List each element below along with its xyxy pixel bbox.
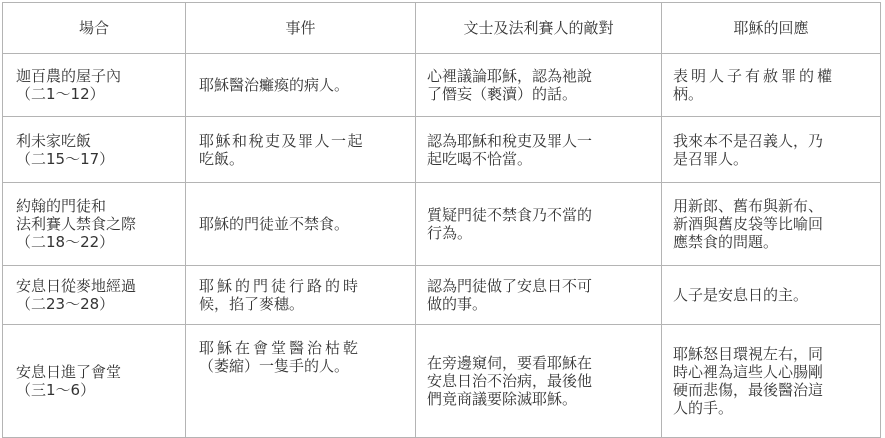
cell-event: 耶穌在會堂醫治枯乾 （萎縮）一隻手的人。 xyxy=(186,325,416,425)
cell-line: 行為。 xyxy=(427,224,657,242)
table-row: 迦百農的屋子內 （二1～12） 耶穌醫治癱瘓的病人。 心裡議論耶穌，認為祂說 了… xyxy=(3,54,881,117)
cell-response: 用新郎、舊布與新布、 新酒與舊皮袋等比喻回 應禁食的問題。 xyxy=(662,183,881,266)
cell-opposition: 質疑門徒不禁食乃不當的 行為。 xyxy=(416,183,662,266)
cell-line: 人子是安息日的主。 xyxy=(673,286,874,304)
cell-line: 人的手。 xyxy=(673,399,874,417)
table-header-row: 場合 事件 文士及法利賽人的敵對 耶穌的回應 xyxy=(3,3,881,54)
cell-line: 新酒與舊皮袋等比喻回 xyxy=(673,215,874,233)
cell-line: （二15～17） xyxy=(16,150,179,168)
cell-response: 表明人子有赦罪的權 柄。 xyxy=(662,54,881,117)
cell-event: 耶穌和稅吏及罪人一起 吃飯。 xyxy=(186,117,416,183)
table-row: 約翰的門徒和 法利賽人禁食之際 （二18～22） 耶穌的門徒並不禁食。 質疑門徒… xyxy=(3,183,881,266)
header-opposition: 文士及法利賽人的敵對 xyxy=(416,3,662,54)
cell-occasion: 安息日進了會堂 （三1～6） xyxy=(3,325,186,425)
cell-line: 我來本不是召義人，乃 xyxy=(673,132,874,150)
cell-opposition: 認為耶穌和稅吏及罪人一 起吃喝不恰當。 xyxy=(416,117,662,183)
cell-line: 吃飯。 xyxy=(199,150,409,168)
cell-line: 約翰的門徒和 xyxy=(16,197,179,215)
cell-line: 候，掐了麥穗。 xyxy=(199,295,409,313)
cell-line: 柄。 xyxy=(673,85,874,103)
cell-line: 耶穌在會堂醫治枯乾 xyxy=(199,339,409,357)
cell-line: 法利賽人禁食之際 xyxy=(16,215,179,233)
cell-line: 認為門徒做了安息日不可 xyxy=(427,277,657,295)
cell-occasion: 迦百農的屋子內 （二1～12） xyxy=(3,54,186,117)
cell-line: 是召罪人。 xyxy=(673,150,874,168)
cell-line: 迦百農的屋子內 xyxy=(16,67,179,85)
cell-line: 耶穌的門徒行路的時 xyxy=(199,277,409,295)
cell-line: （二23～28） xyxy=(16,295,179,313)
cell-line: 表明人子有赦罪的權 xyxy=(673,67,874,85)
cell-line: 時心裡為這些人心腸剛 xyxy=(673,363,874,381)
cell-event: 耶穌的門徒行路的時 候，掐了麥穗。 xyxy=(186,266,416,325)
cell-response: 人子是安息日的主。 xyxy=(662,266,881,325)
cell-line: 質疑門徒不禁食乃不當的 xyxy=(427,206,657,224)
cell-line: （萎縮）一隻手的人。 xyxy=(199,357,409,375)
cell-line: 耶穌和稅吏及罪人一起 xyxy=(199,132,409,150)
cell-line: 硬而悲傷，最後醫治這 xyxy=(673,381,874,399)
cell-occasion: 利未家吃飯 （二15～17） xyxy=(3,117,186,183)
table-row: 利未家吃飯 （二15～17） 耶穌和稅吏及罪人一起 吃飯。 認為耶穌和稅吏及罪人… xyxy=(3,117,881,183)
header-occasion: 場合 xyxy=(3,3,186,54)
cell-line: 認為耶穌和稅吏及罪人一 xyxy=(427,132,657,150)
cell-occasion: 約翰的門徒和 法利賽人禁食之際 （二18～22） xyxy=(3,183,186,266)
cell-line: 安息日從麥地經過 xyxy=(16,277,179,295)
cell-response: 我來本不是召義人，乃 是召罪人。 xyxy=(662,117,881,183)
cell-line: （二1～12） xyxy=(16,85,179,103)
cell-line: 耶穌的門徒並不禁食。 xyxy=(199,215,409,233)
cell-line: 了僭妄（褻瀆）的話。 xyxy=(427,85,657,103)
cell-line: 們竟商議要除滅耶穌。 xyxy=(427,390,657,408)
cell-line: （二18～22） xyxy=(16,233,179,251)
cell-event: 耶穌的門徒並不禁食。 xyxy=(186,183,416,266)
conflict-comparison-table: 場合 事件 文士及法利賽人的敵對 耶穌的回應 迦百農的屋子內 （二1～12） 耶… xyxy=(2,2,881,424)
cell-occasion: 安息日從麥地經過 （二23～28） xyxy=(3,266,186,325)
cell-line: 用新郎、舊布與新布、 xyxy=(673,197,874,215)
table-row: 安息日從麥地經過 （二23～28） 耶穌的門徒行路的時 候，掐了麥穗。 認為門徒… xyxy=(3,266,881,325)
cell-line: 在旁邊窺伺，要看耶穌在 xyxy=(427,354,657,372)
cell-opposition: 認為門徒做了安息日不可 做的事。 xyxy=(416,266,662,325)
cell-response: 耶穌怒目環視左右，同 時心裡為這些人心腸剛 硬而悲傷，最後醫治這 人的手。 xyxy=(662,325,881,425)
cell-line: 耶穌醫治癱瘓的病人。 xyxy=(199,76,409,94)
cell-opposition: 在旁邊窺伺，要看耶穌在 安息日治不治病，最後他 們竟商議要除滅耶穌。 xyxy=(416,325,662,425)
header-response: 耶穌的回應 xyxy=(662,3,881,54)
cell-line: 利未家吃飯 xyxy=(16,132,179,150)
table-row: 安息日進了會堂 （三1～6） 耶穌在會堂醫治枯乾 （萎縮）一隻手的人。 在旁邊窺… xyxy=(3,325,881,425)
cell-event: 耶穌醫治癱瘓的病人。 xyxy=(186,54,416,117)
header-event: 事件 xyxy=(186,3,416,54)
cell-line: 心裡議論耶穌，認為祂說 xyxy=(427,67,657,85)
cell-line: 起吃喝不恰當。 xyxy=(427,150,657,168)
cell-line: 做的事。 xyxy=(427,295,657,313)
comparison-table-container: 場合 事件 文士及法利賽人的敵對 耶穌的回應 迦百農的屋子內 （二1～12） 耶… xyxy=(2,2,881,424)
cell-line: 應禁食的問題。 xyxy=(673,233,874,251)
cell-line: 安息日治不治病，最後他 xyxy=(427,372,657,390)
cell-line: （三1～6） xyxy=(16,381,179,399)
cell-line: 安息日進了會堂 xyxy=(16,363,179,381)
cell-opposition: 心裡議論耶穌，認為祂說 了僭妄（褻瀆）的話。 xyxy=(416,54,662,117)
cell-line: 耶穌怒目環視左右，同 xyxy=(673,345,874,363)
